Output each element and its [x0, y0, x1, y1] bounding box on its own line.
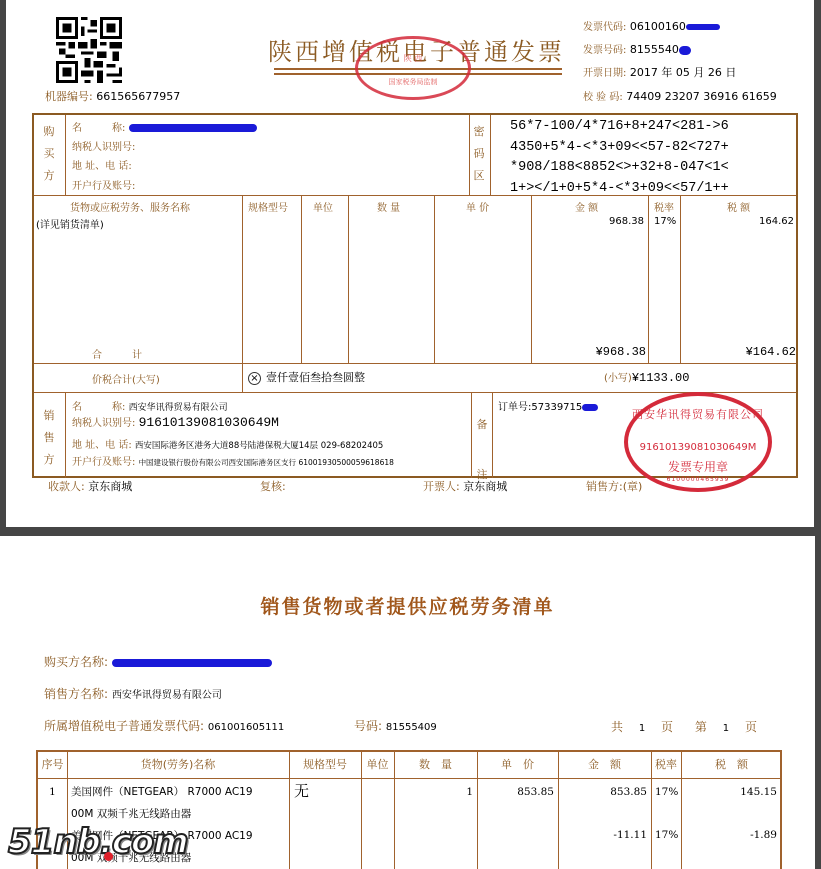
redaction-mark: [686, 24, 720, 30]
invoice-page: 机器编号: 661565677957 陕西增值税电子普通发票 陕 西 国家税务局…: [6, 0, 814, 527]
row-amount: -11.11: [558, 829, 647, 841]
company-invoice-seal: 西安华讯得贸易有限公司 91610139081030649M 发票专用章 610…: [624, 392, 772, 492]
row-rate: 17%: [655, 829, 678, 841]
grand-total-label: 价税合计(大写): [92, 371, 160, 386]
row-seq: 1: [38, 786, 67, 798]
cipher-area: 56*7-100/4*716+8+247<281->64350+5*4-<*3+…: [510, 117, 729, 199]
site-watermark: 51nb.com: [8, 822, 188, 862]
row-price: 853.85: [477, 786, 554, 798]
seller-stamp-label: 销售方:(章): [586, 478, 642, 494]
buyer-section-label: 购买方: [42, 121, 56, 187]
seller-bank-row: 开户行及账号: 中国建设银行股份有限公司西安国际港务区支行 6100193050…: [72, 453, 394, 468]
goods-row-name: (详见销货清单): [36, 216, 104, 231]
total-amount: ¥968.38: [534, 345, 646, 359]
row-item-name-cont: 00M 双频千兆无线路由器: [71, 806, 191, 821]
seller-section-label: 销售方: [42, 405, 56, 471]
sales-list-title: 销售货物或者提供应税劳务清单: [0, 592, 815, 619]
unit-header: 单位: [361, 752, 394, 778]
list-invoice-code: 所属增值税电子普通发票代码: 061001605111: [44, 717, 284, 734]
buyer-address-label: 地 址、电 话:: [72, 157, 132, 172]
goods-row-amount: 968.38: [534, 216, 644, 227]
invoice-number: 发票号码: 8155540: [583, 41, 691, 56]
goods-row-tax: 164.62: [684, 216, 794, 227]
row-tax: -1.89: [681, 829, 777, 841]
price-header: 单 价: [466, 199, 489, 214]
buyer-bank-label: 开户行及账号:: [72, 177, 135, 192]
machine-number: 机器编号: 661565677957: [45, 88, 180, 104]
goods-row-rate: 17%: [654, 216, 676, 227]
redaction-mark: [112, 659, 272, 667]
row-amount: 853.85: [558, 786, 647, 798]
row-spec: 无: [294, 780, 309, 801]
redaction-mark: [582, 404, 598, 411]
watermark-dot: [104, 852, 113, 861]
issuer: 开票人: 京东商城: [423, 478, 507, 494]
circle-x-icon: ×: [248, 372, 261, 385]
redaction-mark: [679, 46, 691, 55]
tax-header: 税 额: [681, 752, 782, 778]
check-code: 校 验 码: 74409 23207 36916 61659: [583, 88, 777, 103]
seller-address-row: 地 址、电 话: 西安国际港务区港务大道88号陆港保税大厦14层 029-682…: [72, 436, 383, 451]
buyer-name-row: 名 称:: [72, 119, 257, 134]
list-invoice-number: 号码: 81555409: [354, 717, 437, 734]
total-label: 合 计: [92, 346, 142, 361]
rate-header: 税率: [651, 752, 681, 778]
order-number: 订单号:57339715: [498, 398, 598, 413]
issue-date: 开票日期: 2017 年 05 月 26 日: [583, 64, 736, 80]
goods-name-header: 货物或应税劳务、服务名称: [70, 199, 190, 214]
payee: 收款人: 京东商城: [48, 478, 132, 494]
reviewer: 复核:: [260, 478, 286, 494]
redaction-mark: [129, 124, 257, 132]
row-tax: 145.15: [681, 786, 777, 798]
spec-header: 规格型号: [248, 199, 288, 214]
seller-tax-id-row: 纳税人识别号: 91610139081030649M: [72, 414, 279, 430]
page-indicator: 共 1 页 第 1 页: [611, 718, 757, 735]
grand-total-uppercase: ×壹仟壹佰叁拾叁圆整: [248, 369, 365, 385]
row-rate: 17%: [655, 786, 678, 798]
unit-header: 单位: [313, 199, 333, 214]
item-name-header: 货物(劳务)名称: [67, 752, 289, 778]
tax-header: 税 额: [727, 199, 750, 214]
qty-header: 数 量: [394, 752, 477, 778]
grand-total-small: (小写)¥1133.00: [604, 369, 689, 385]
rate-header: 税率: [654, 199, 674, 214]
amount-header: 金 额: [558, 752, 651, 778]
sales-list-page: 销售货物或者提供应税劳务清单 购买方名称: 销售方名称: 西安华讯得贸易有限公司…: [0, 536, 815, 869]
buyer-tax-id-label: 纳税人识别号:: [72, 138, 135, 153]
tax-bureau-seal: 陕 西 国家税务局监制: [355, 36, 471, 100]
row-qty: 1: [394, 786, 473, 798]
row-item-name: 美国网件（NETGEAR） R7000 AC19: [71, 784, 253, 799]
amount-header: 金 额: [575, 199, 598, 214]
cipher-section-label: 密码区: [472, 121, 486, 187]
list-buyer-name: 购买方名称:: [44, 653, 272, 670]
list-seller-name: 销售方名称: 西安华讯得贸易有限公司: [44, 685, 222, 702]
seq-header: 序号: [38, 752, 67, 778]
price-header: 单 价: [477, 752, 558, 778]
total-tax: ¥164.62: [684, 345, 796, 359]
invoice-code: 发票代码: 06100160: [583, 18, 720, 33]
seller-name-row: 名 称: 西安华讯得贸易有限公司: [72, 398, 228, 413]
qty-header: 数 量: [377, 199, 400, 214]
spec-header: 规格型号: [289, 752, 361, 778]
qr-code-icon: [56, 17, 122, 83]
